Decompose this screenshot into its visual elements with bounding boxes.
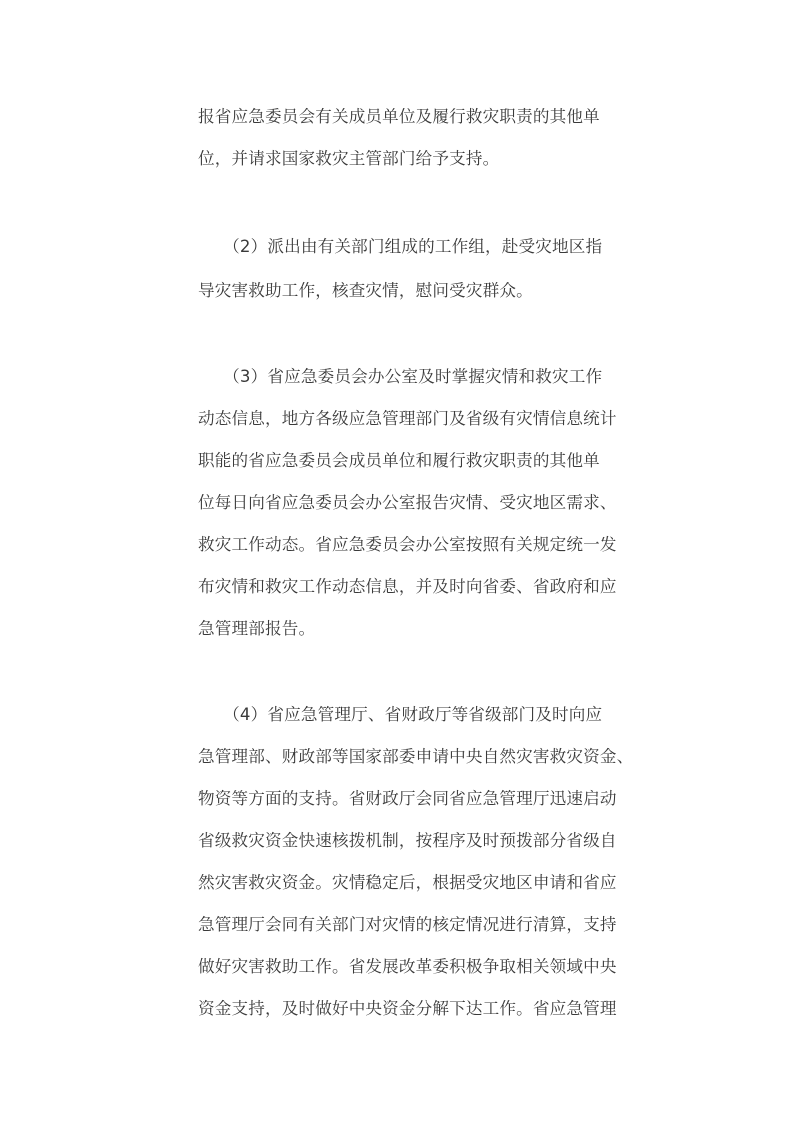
text-line: 救灾工作动态。省应急委员会办公室按照有关规定统一发 — [198, 533, 617, 557]
text-line: （2）派出由有关部门组成的工作组，赴受灾地区指 — [198, 235, 602, 259]
text-line: 位，并请求国家救灾主管部门给予支持。 — [198, 147, 499, 171]
text-line: 位每日向省应急委员会办公室报告灾情、受灾地区需求、 — [198, 491, 617, 515]
text-line: 做好灾害救助工作。省发展改革委积极争取相关领域中央 — [198, 955, 617, 979]
text-line: 物资等方面的支持。省财政厅会同省应急管理厅迅速启动 — [198, 787, 617, 811]
text-line: （3）省应急委员会办公室及时掌握灾情和救灾工作 — [198, 365, 602, 389]
text-line: （4）省应急管理厅、省财政厅等省级部门及时向应 — [198, 703, 602, 727]
text-line: 动态信息，地方各级应急管理部门及省级有灾情信息统计 — [198, 407, 617, 431]
text-line: 职能的省应急委员会成员单位和履行救灾职责的其他单 — [198, 449, 600, 473]
text-line: 然灾害救灾资金。灾情稳定后，根据受灾地区申请和省应 — [198, 871, 617, 895]
text-line: 报省应急委员会有关成员单位及履行救灾职责的其他单 — [198, 105, 600, 129]
text-line: 省级救灾资金快速核拨机制，按程序及时预拨部分省级自 — [198, 829, 617, 853]
text-line: 布灾情和救灾工作动态信息，并及时向省委、省政府和应 — [198, 575, 617, 599]
text-line: 急管理部报告。 — [198, 617, 315, 641]
text-line: 资金支持，及时做好中央资金分解下达工作。省应急管理 — [198, 997, 617, 1021]
text-line: 急管理部、财政部等国家部委申请中央自然灾害救灾资金、 — [198, 745, 633, 769]
text-line: 急管理厅会同有关部门对灾情的核定情况进行清算，支持 — [198, 913, 617, 937]
text-line: 导灾害救助工作，核查灾情，慰问受灾群众。 — [198, 279, 533, 303]
